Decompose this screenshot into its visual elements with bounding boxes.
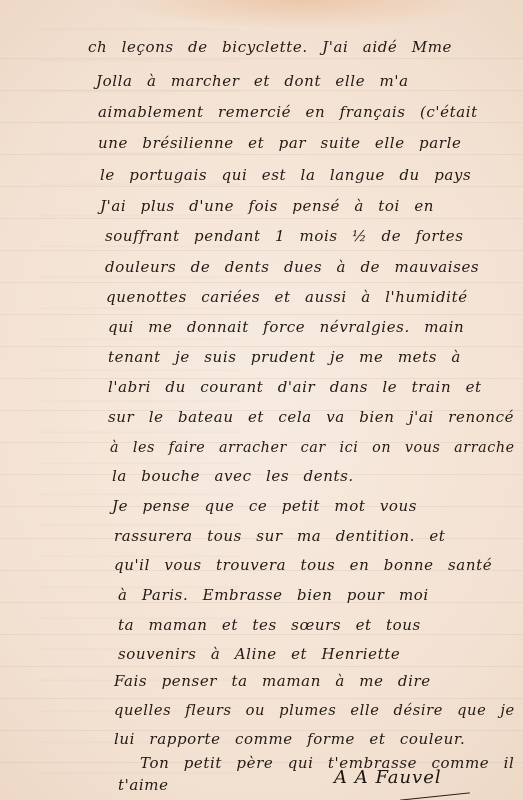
letter-line: Jolla à marcher et dont elle m'a <box>96 72 409 90</box>
letter-page: ch leçons de bicyclette. J'ai aidé Mme J… <box>0 0 523 800</box>
letter-line: tenant je suis prudent je me mets à <box>108 348 461 366</box>
letter-line: t'aime <box>118 776 169 794</box>
ruled-line <box>0 634 523 635</box>
letter-line: J'ai plus d'une fois pensé à toi en <box>100 197 434 215</box>
letter-line: quenottes cariées et aussi à l'humidité <box>106 288 468 306</box>
letter-line: la bouche avec les dents. <box>112 467 354 485</box>
letter-line: sur le bateau et cela va bien j'ai renon… <box>108 408 514 426</box>
letter-line: Je pense que ce petit mot vous <box>112 497 417 515</box>
letter-line: douleurs de dents dues à de mauvaises <box>105 258 479 276</box>
ruled-line <box>0 666 523 667</box>
letter-line: lui rapporte comme forme et couleur. <box>114 730 465 748</box>
ruled-line <box>0 282 523 283</box>
letter-line: le portugais qui est la langue du pays <box>100 166 471 184</box>
letter-line: souvenirs à Aline et Henriette <box>118 645 400 663</box>
letter-line: souffrant pendant 1 mois ½ de fortes <box>105 227 464 245</box>
letter-line: une brésilienne et par suite elle parle <box>98 134 461 152</box>
letter-line: l'abri du courant d'air dans le train et <box>108 378 482 396</box>
ruled-line <box>0 314 523 315</box>
letter-line: ta maman et tes sœurs et tous <box>118 616 421 634</box>
letter-line: quelles fleurs ou plumes elle désire que… <box>114 701 515 719</box>
letter-line: à les faire arracher car ici on vous arr… <box>110 438 515 456</box>
letter-line: aimablement remercié en français (c'étai… <box>98 103 478 121</box>
ruled-line <box>0 250 523 251</box>
letter-line: Ton petit père qui t'embrasse comme il <box>140 754 514 772</box>
letter-line: ch leçons de bicyclette. J'ai aidé Mme <box>88 38 452 56</box>
ruled-line <box>0 154 523 155</box>
letter-line: Fais penser ta maman à me dire <box>114 672 431 690</box>
ruled-line <box>0 90 523 91</box>
ruled-line <box>0 698 523 699</box>
letter-line: qu'il vous trouvera tous en bonne santé <box>114 556 492 574</box>
signature-flourish <box>400 792 470 800</box>
ruled-line <box>0 346 523 347</box>
letter-line: qui me donnait force névralgies. main <box>108 318 464 336</box>
ruled-line <box>0 122 523 123</box>
ruled-line <box>0 58 523 59</box>
ruled-line <box>0 186 523 187</box>
ruled-line <box>0 218 523 219</box>
signature: A A Fauvel <box>334 767 442 788</box>
letter-line: à Paris. Embrasse bien pour moi <box>118 586 429 604</box>
letter-line: rassurera tous sur ma dentition. et <box>114 527 445 545</box>
